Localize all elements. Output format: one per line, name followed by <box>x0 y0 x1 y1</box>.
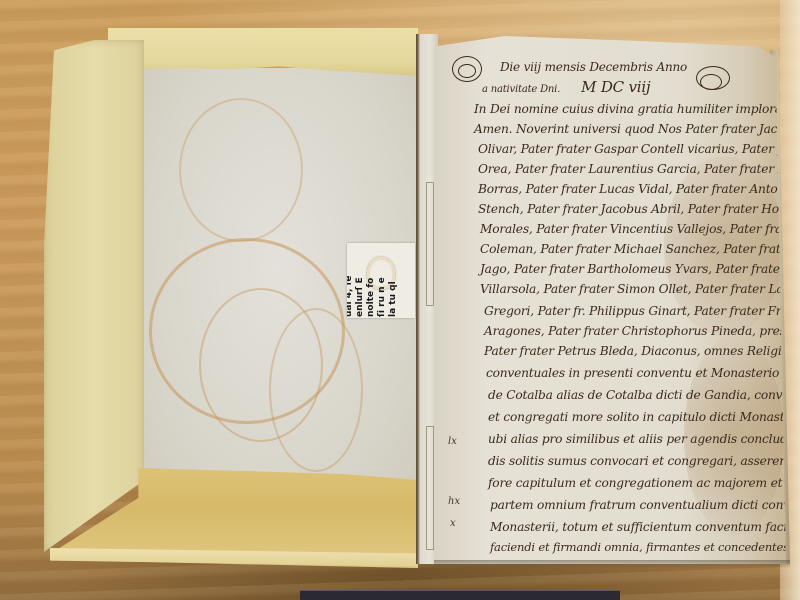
label-text: ual 4, fe enlurſ E nolte fo ſi ru n e la… <box>347 247 412 317</box>
manuscript-line: Pater frater Petrus Bleda, Diaconus, omn… <box>484 344 798 358</box>
document-date-line: Die viij mensis Decembris Anno <box>500 60 687 74</box>
manuscript-line: Villarsola, Pater frater Simon Ollet, Pa… <box>480 282 800 296</box>
margin-note: lx <box>448 436 457 447</box>
manuscript-line: Stench, Pater frater Jacobus Abril, Pate… <box>478 202 800 216</box>
printed-label: ual 4, fe enlurſ E nolte fo ſi ru n e la… <box>347 243 415 318</box>
manuscript-line: partem omnium fratrum conventualium dict… <box>490 498 800 512</box>
manuscript-line: conventuales in presenti conventu et Mon… <box>486 366 800 380</box>
document-era-line: a nativitate Dni. M DC viij <box>482 78 650 96</box>
left-flourish <box>458 64 476 78</box>
display-plate-edge <box>300 590 620 600</box>
manuscript-line: Monasterii, totum et sufficientum conven… <box>490 520 800 534</box>
manuscript-line: Aragones, Pater frater Christophorus Pin… <box>484 324 800 338</box>
manuscript-line: Gregori, Pater fr. Philippus Ginart, Pat… <box>484 304 800 318</box>
water-stain <box>269 308 363 472</box>
left-vellum-flap <box>44 40 144 552</box>
manuscript-line: de Cotalba alias de Cotalba dicti de Gan… <box>488 388 800 402</box>
margin-note: hx <box>448 496 460 507</box>
era-text: a nativitate Dni. <box>482 84 560 95</box>
page-bottom-shadow <box>434 560 790 568</box>
manuscript-line: Olivar, Pater frater Gaspar Contell vica… <box>478 142 800 156</box>
binding-stitch <box>426 182 434 306</box>
manuscript-line: Morales, Pater frater Vincentius Vallejo… <box>480 222 800 236</box>
manuscript-line: dis solitis sumus convocari et congregar… <box>488 454 800 468</box>
manuscript-line: In Dei nomine cuius divina gratia humili… <box>474 102 794 116</box>
manuscript-line: ubi alias pro similibus et aliis per age… <box>488 432 800 446</box>
manuscript-line: Borras, Pater frater Lucas Vidal, Pater … <box>478 182 800 196</box>
manuscript-line: fore capitulum et congregationem ac majo… <box>488 476 800 490</box>
manuscript-page: Die viij mensis Decembris Anno a nativit… <box>434 36 786 564</box>
manuscript-line: Orea, Pater frater Laurentius Garcia, Pa… <box>478 162 800 176</box>
right-flourish <box>700 74 722 90</box>
manuscript-line: Coleman, Pater frater Michael Sanchez, P… <box>480 242 800 256</box>
manuscript-line: et congregati more solito in capitulo di… <box>488 410 800 424</box>
binding-stitch <box>426 426 434 550</box>
manuscript-line: Jago, Pater frater Bartholomeus Yvars, P… <box>480 262 800 276</box>
year-text: M DC viij <box>581 78 650 96</box>
water-stain <box>179 98 303 242</box>
manuscript-line: Amen. Noverint universi quod Nos Pater f… <box>474 122 800 136</box>
manuscript-line: faciendi et firmandi omnia, firmantes et… <box>490 540 800 554</box>
margin-note: x <box>450 518 456 529</box>
